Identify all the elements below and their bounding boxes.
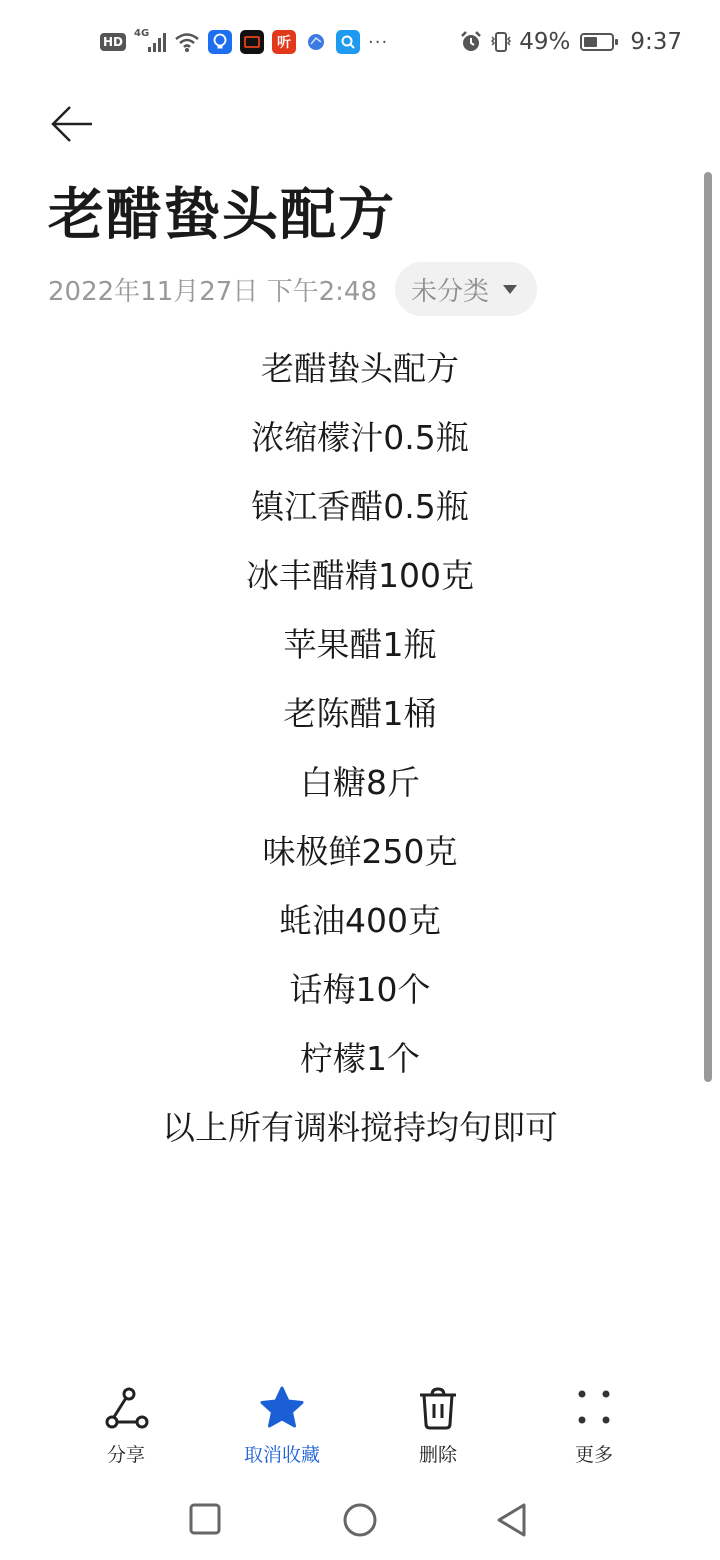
note-line: 味极鲜250克	[0, 817, 720, 886]
browser-app-icon	[304, 30, 328, 54]
hd-icon: HD	[100, 33, 126, 51]
note-date: 2022年11月27日 下午2:48	[48, 271, 377, 308]
star-filled-icon	[258, 1384, 306, 1432]
alarm-icon	[459, 30, 483, 54]
network-type-label: 4G	[134, 28, 149, 39]
delete-label: 删除	[419, 1440, 457, 1467]
category-label: 未分类	[411, 271, 489, 308]
search-app-icon	[336, 30, 360, 54]
share-label: 分享	[107, 1440, 145, 1467]
lightbulb-app-icon	[208, 30, 232, 54]
back-button[interactable]	[48, 102, 96, 146]
status-bar-right: 49% 9:37	[459, 28, 682, 56]
note-line: 老醋蛰头配方	[0, 334, 720, 403]
more-button[interactable]: 更多	[524, 1380, 664, 1480]
triangle-back-icon	[494, 1500, 534, 1540]
video-app-icon	[240, 30, 264, 54]
note-line: 老陈醋1桶	[0, 679, 720, 748]
note-line: 浓缩檬汁0.5瓶	[0, 403, 720, 472]
more-dots-icon	[570, 1384, 618, 1432]
more-notifications-icon: ···	[368, 32, 388, 53]
note-content[interactable]: 老醋蛰头配方 浓缩檬汁0.5瓶 镇江香醋0.5瓶 冰丰醋精100克 苹果醋1瓶 …	[0, 334, 720, 1162]
back-arrow-icon	[48, 102, 96, 146]
more-label: 更多	[575, 1440, 613, 1467]
note-line: 镇江香醋0.5瓶	[0, 472, 720, 541]
note-line: 蚝油400克	[0, 886, 720, 955]
note-line: 苹果醋1瓶	[0, 610, 720, 679]
category-dropdown[interactable]: 未分类	[395, 262, 537, 316]
share-icon	[102, 1384, 150, 1432]
listen-app-icon: 听	[272, 30, 296, 54]
delete-button[interactable]: 删除	[368, 1380, 508, 1480]
note-line: 白糖8斤	[0, 748, 720, 817]
scrollbar[interactable]	[704, 172, 712, 1082]
note-meta: 2022年11月27日 下午2:48 未分类	[48, 262, 537, 316]
home-button[interactable]	[340, 1500, 380, 1540]
signal-4g-icon: 4G	[134, 32, 166, 52]
note-line: 柠檬1个	[0, 1024, 720, 1093]
trash-icon	[414, 1384, 462, 1432]
recents-button[interactable]	[186, 1500, 226, 1540]
battery-icon	[580, 33, 614, 51]
battery-percent: 49%	[519, 29, 570, 55]
unfavorite-button[interactable]: 取消收藏	[212, 1380, 352, 1480]
back-nav-button[interactable]	[494, 1500, 534, 1540]
clock: 9:37	[630, 29, 682, 55]
status-bar-left: HD 4G 听 ···	[100, 28, 388, 56]
share-button[interactable]: 分享	[56, 1380, 196, 1480]
note-line: 以上所有调料搅持均句即可	[0, 1093, 720, 1162]
vibrate-icon	[489, 30, 513, 54]
system-navigation-bar	[0, 1490, 720, 1550]
square-icon	[186, 1500, 226, 1540]
circle-icon	[340, 1500, 380, 1540]
unfavorite-label: 取消收藏	[244, 1440, 320, 1467]
note-title: 老醋蛰头配方	[48, 180, 396, 252]
wifi-icon	[174, 31, 200, 53]
note-line: 话梅10个	[0, 955, 720, 1024]
status-bar: HD 4G 听 ···	[0, 0, 720, 84]
caret-down-icon	[503, 285, 517, 294]
note-line: 冰丰醋精100克	[0, 541, 720, 610]
bottom-toolbar: 分享 取消收藏 删除 更多	[0, 1380, 720, 1480]
